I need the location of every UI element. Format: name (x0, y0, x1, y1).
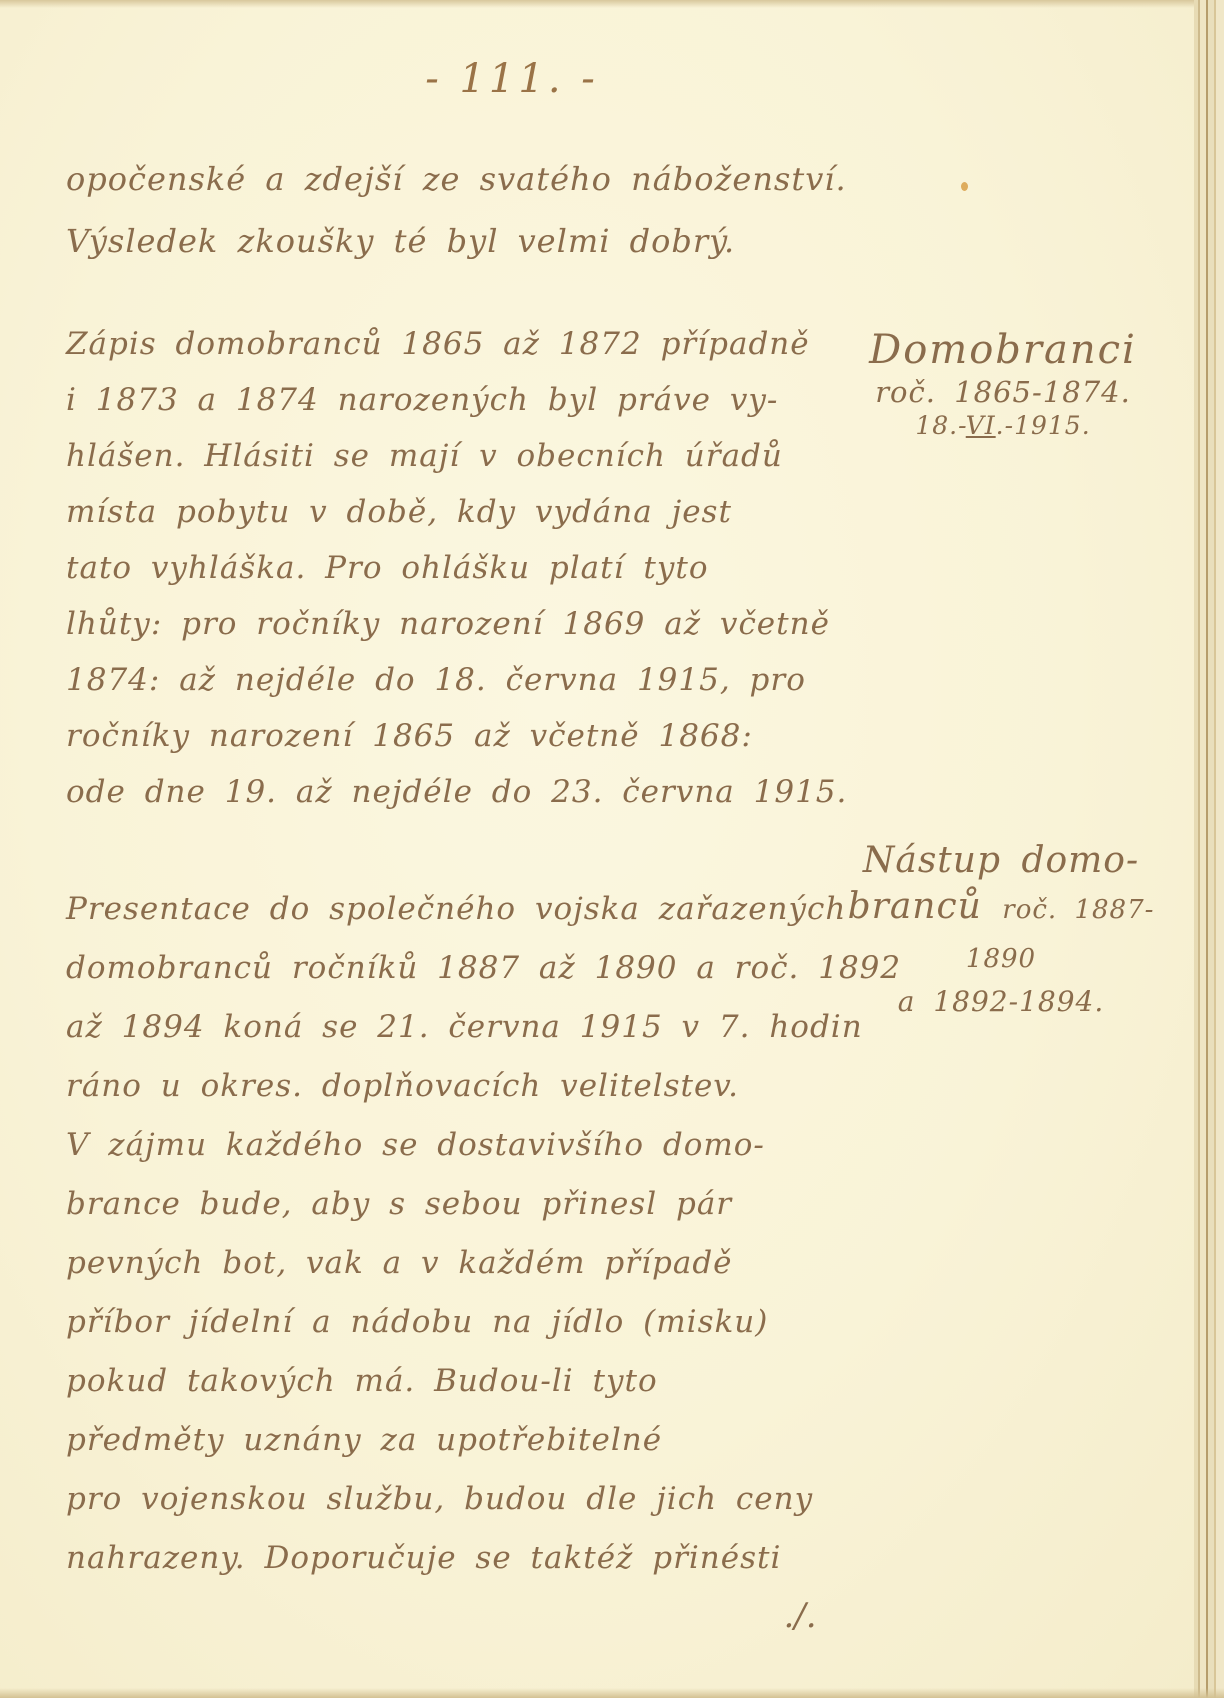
date-day: 18.- (915, 411, 965, 440)
paper-speck (961, 182, 968, 191)
text-line: opočenské a zdejší ze svatého náboženstv… (66, 148, 871, 210)
text-line: brance bude, aby s sebou přinesl pár (66, 1175, 871, 1234)
text-line: až 1894 koná se 21. června 1915 v 7. hod… (66, 998, 871, 1057)
margin-note-title-line2: branců roč. 1887-1890 (836, 884, 1166, 982)
text-line: předměty uznány za upotřebitelné (66, 1411, 871, 1470)
text-line: ode dne 19. až nejdéle do 23. června 191… (66, 764, 871, 820)
margin-note-title: Domobranci (848, 326, 1158, 374)
text-line: 1874: až nejdéle do 18. června 1915, pro (66, 652, 871, 708)
paragraph-intro: opočenské a zdejší ze svatého náboženstv… (66, 148, 871, 272)
text-line: V zájmu každého se dostavivšího domo- (66, 1116, 871, 1175)
date-month-roman: VI (966, 411, 996, 440)
text-line: nahrazeny. Doporučuje se taktéž přinésti (66, 1529, 871, 1588)
text-line: lhůty: pro ročníky narození 1869 až včet… (66, 596, 871, 652)
page-edge-top (0, 0, 1224, 8)
text-line: ročníky narození 1865 až včetně 1868: (66, 708, 871, 764)
text-line: tato vyhláška. Pro ohlášku platí tyto (66, 540, 871, 596)
text-line: ráno u okres. doplňovacích velitelstev. (66, 1057, 871, 1116)
text-line: i 1873 a 1874 narozených byl práve vy- (66, 372, 871, 428)
text-line: místa pobytu v době, kdy vydána jest (66, 484, 871, 540)
text-line: pro vojenskou službu, budou dle jich cen… (66, 1470, 871, 1529)
margin-note-date: 18.-VI.-1915. (848, 410, 1158, 442)
page-number: - 111. - (352, 56, 672, 102)
paragraph-zapis-domobrancu: Zápis domobranců 1865 až 1872 případně i… (66, 316, 871, 820)
page-edge-right (1190, 0, 1224, 1698)
text-line: příbor jídelní a nádobu na jídlo (misku) (66, 1293, 871, 1352)
text-line: Zápis domobranců 1865 až 1872 případně (66, 316, 871, 372)
text-line: pevných bot, vak a v každém případě (66, 1234, 871, 1293)
margin-note-title-word: branců (848, 886, 982, 927)
text-line: domobranců ročníků 1887 až 1890 a roč. 1… (66, 939, 871, 998)
margin-note-domobranci: Domobranci roč. 1865-1874. 18.-VI.-1915. (848, 326, 1158, 442)
margin-note-title-line1: Nástup domo- (836, 838, 1166, 884)
margin-note-years-1: roč. 1887-1890 (966, 895, 1155, 974)
margin-note-years: roč. 1865-1874. (848, 374, 1158, 410)
text-line: pokud takových má. Budou-li tyto (66, 1352, 871, 1411)
page-edge-bottom (0, 1688, 1224, 1698)
text-line: Presentace do společného vojska zařazený… (66, 880, 871, 939)
catchword-mark: ./. (760, 1596, 840, 1636)
margin-note-nastup: Nástup domo- branců roč. 1887-1890 a 189… (836, 838, 1166, 1022)
text-line: hlášen. Hlásiti se mají v obecních úřadů (66, 428, 871, 484)
paragraph-presentace: Presentace do společného vojska zařazený… (66, 880, 871, 1588)
manuscript-page: - 111. - opočenské a zdejší ze svatého n… (0, 0, 1224, 1698)
margin-note-years-2: a 1892-1894. (836, 982, 1166, 1022)
text-line: Výsledek zkoušky té byl velmi dobrý. (66, 210, 871, 272)
date-year: .-1915. (996, 411, 1091, 440)
